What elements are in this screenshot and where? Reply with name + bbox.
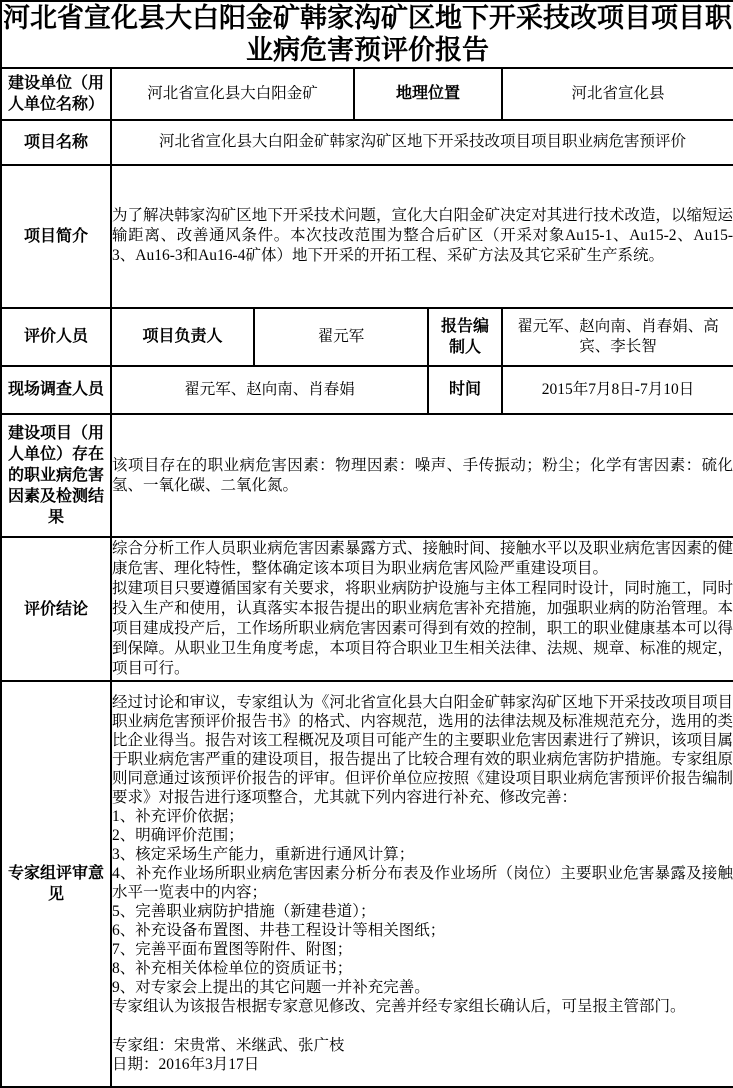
expert-review-item: 9、对专家会上提出的其它问题一并补充完善。 xyxy=(112,978,733,997)
project-summary-value: 为了解决韩家沟矿区地下开采技术问题，宣化大白阳金矿决定对其进行技术改造，以缩短运… xyxy=(111,165,733,308)
document-title: 河北省宣化县大白阳金矿韩家沟矿区地下开采技改项目项目职业病危害预评价报告 xyxy=(1,1,733,68)
construction-unit-label: 建设单位（用人单位名称） xyxy=(1,68,111,121)
expert-review-item: 4、补充作业场所职业病危害因素分析分布表及作业场所（岗位）主要职业危害暴露及接触… xyxy=(112,864,733,902)
expert-review-closing: 专家组认为该报告根据专家意见修改、完善并经专家组长确认后，可呈报主管部门。 xyxy=(112,997,733,1016)
expert-review-item: 3、核定采场生产能力，重新进行通风计算； xyxy=(112,845,733,864)
report-page: 河北省宣化县大白阳金矿韩家沟矿区地下开采技改项目项目职业病危害预评价报告 建设单… xyxy=(0,0,733,1088)
location-label: 地理位置 xyxy=(354,68,502,121)
site-survey-value: 翟元军、赵向南、肖春娟 xyxy=(111,366,428,414)
conclusion-paragraph-2: 拟建项目只要遵循国家有关要求，将职业病防护设施与主体工程同时设计，同时施工，同时… xyxy=(112,579,733,679)
expert-review-item: 6、补充设备布置图、井巷工程设计等相关图纸； xyxy=(112,921,733,940)
report-writers-value: 翟元军、赵向南、肖春娟、高宾、李长智 xyxy=(502,308,733,366)
expert-review-label: 专家组评审意见 xyxy=(1,681,111,1087)
expert-review-content: 经过讨论和审议，专家组认为《河北省宣化县大白阳金矿韩家沟矿区地下开采技改项目项目… xyxy=(111,681,733,1087)
conclusion-value: 综合分析工作人员职业病危害因素暴露方式、接触时间、接触水平以及职业病危害因素的健… xyxy=(111,537,733,680)
project-summary-label: 项目简介 xyxy=(1,165,111,308)
time-label: 时间 xyxy=(428,366,502,414)
time-value: 2015年7月8日-7月10日 xyxy=(502,366,733,414)
conclusion-paragraph-1: 综合分析工作人员职业病危害因素暴露方式、接触时间、接触水平以及职业病危害因素的健… xyxy=(112,539,733,579)
construction-unit-value: 河北省宣化县大白阳金矿 xyxy=(111,68,354,121)
expert-review-item: 7、完善平面布置图等附件、附图； xyxy=(112,940,733,959)
hazard-factors-value: 该项目存在的职业病危害因素：物理因素：噪声、手传振动；粉尘；化学有害因素：硫化氢… xyxy=(111,414,733,537)
report-writers-label: 报告编制人 xyxy=(428,308,502,366)
evaluators-label: 评价人员 xyxy=(1,308,111,366)
expert-review-item: 1、补充评价依据； xyxy=(112,807,733,826)
project-name-value: 河北省宣化县大白阳金矿韩家沟矿区地下开采技改项目项目职业病危害预评价 xyxy=(111,120,733,164)
expert-review-intro: 经过讨论和审议，专家组认为《河北省宣化县大白阳金矿韩家沟矿区地下开采技改项目项目… xyxy=(112,693,733,807)
expert-review-item: 5、完善职业病防护措施（新建巷道）； xyxy=(112,902,733,921)
project-leader-label: 项目负责人 xyxy=(111,308,254,366)
expert-review-item: 2、明确评价范围； xyxy=(112,826,733,845)
expert-review-date: 日期：2016年3月17日 xyxy=(112,1055,733,1074)
conclusion-label: 评价结论 xyxy=(1,537,111,680)
location-value: 河北省宣化县 xyxy=(502,68,733,121)
expert-review-item: 8、补充相关体检单位的资质证书； xyxy=(112,959,733,978)
project-name-label: 项目名称 xyxy=(1,120,111,164)
report-table: 河北省宣化县大白阳金矿韩家沟矿区地下开采技改项目项目职业病危害预评价报告 建设单… xyxy=(0,0,733,1088)
expert-team: 专家组：宋贵常、米继武、张广枝 xyxy=(112,1036,733,1055)
hazard-factors-label: 建设项目（用人单位）存在的职业病危害因素及检测结果 xyxy=(1,414,111,537)
project-leader-value: 翟元军 xyxy=(254,308,428,366)
site-survey-label: 现场调查人员 xyxy=(1,366,111,414)
